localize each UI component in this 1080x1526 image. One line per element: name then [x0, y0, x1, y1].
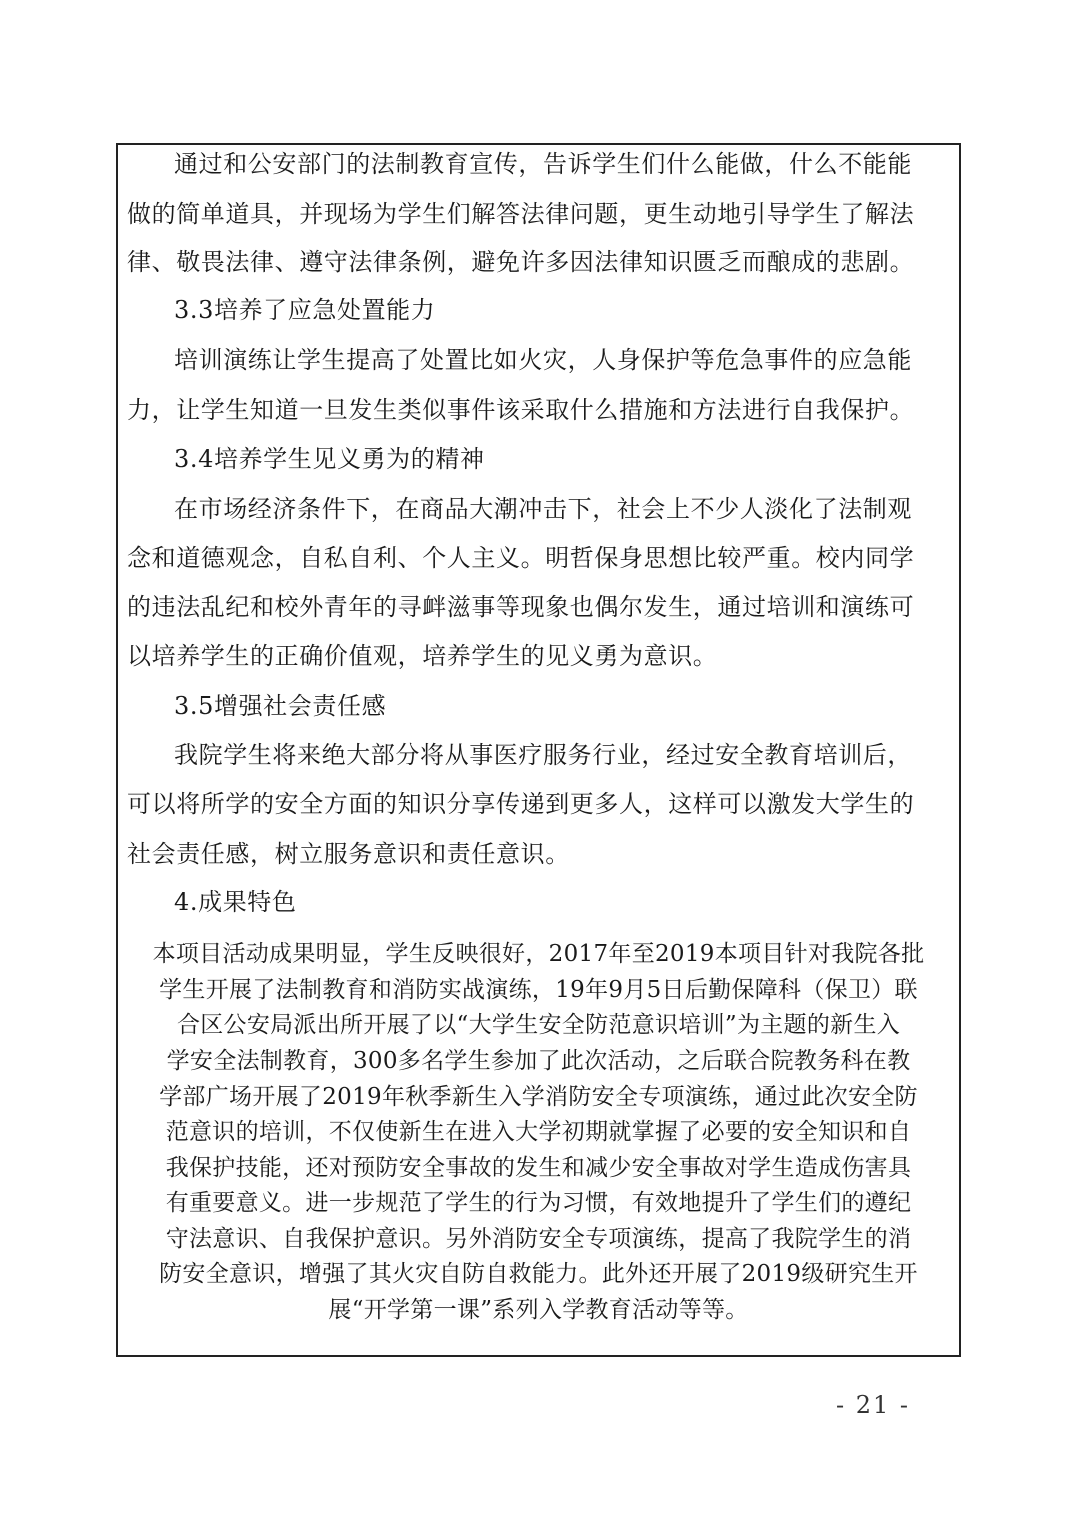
paragraph-line: 做的简单道具，并现场为学生们解答法律问题，更生动地引导学生了解法: [127, 199, 914, 229]
paragraph-line: 本项目活动成果明显，学生反映很好，2017年至2019本项目针对我院各批: [118, 939, 959, 969]
paragraph-line: 的违法乱纪和校外青年的寻衅滋事等现象也偶尔发生，通过培训和演练可: [127, 592, 914, 622]
section-heading-3-3: 3.3培养了应急处置能力: [174, 295, 435, 325]
paragraph-line: 社会责任感，树立服务意识和责任意识。: [127, 839, 570, 869]
paragraph-line: 我院学生将来绝大部分将从事医疗服务行业，经过安全教育培训后，: [174, 740, 912, 770]
paragraph-line: 合区公安局派出所开展了以“大学生安全防范意识培训”为主题的新生入: [118, 1010, 959, 1040]
content-table-cell: 通过和公安部门的法制教育宣传，告诉学生们什么能做，什么不能能 做的简单道具，并现…: [116, 143, 961, 1357]
paragraph-line: 守法意识、自我保护意识。另外消防安全专项演练，提高了我院学生的消: [118, 1224, 959, 1254]
paragraph-line: 律、敬畏法律、遵守法律条例，避免许多因法律知识匮乏而酿成的悲剧。: [127, 247, 914, 277]
section-heading-3-5: 3.5增强社会责任感: [174, 691, 386, 721]
paragraph-line: 培训演练让学生提高了处置比如火灾，人身保护等危急事件的应急能: [174, 345, 912, 375]
paragraph-line: 防安全意识，增强了其火灾自防自救能力。此外还开展了2019级研究生开: [118, 1259, 959, 1289]
paragraph-line: 学部广场开展了2019年秋季新生入学消防安全专项演练，通过此次安全防: [118, 1082, 959, 1112]
paragraph-line-last: 展“开学第一课”系列入学教育活动等等。: [118, 1295, 959, 1325]
paragraph-line: 念和道德观念，自私自利、个人主义。明哲保身思想比较严重。校内同学: [127, 543, 914, 573]
paragraph-line: 通过和公安部门的法制教育宣传，告诉学生们什么能做，什么不能能: [174, 149, 912, 179]
paragraph-line: 可以将所学的安全方面的知识分享传递到更多人，这样可以激发大学生的: [127, 789, 914, 819]
page-number: - 21 -: [836, 1391, 910, 1419]
paragraph-line: 在市场经济条件下，在商品大潮冲击下，社会上不少人淡化了法制观: [174, 494, 912, 524]
paragraph-line: 范意识的培训，不仅使新生在进入大学初期就掌握了必要的安全知识和自: [118, 1117, 959, 1147]
paragraph-line: 学安全法制教育，300多名学生参加了此次活动，之后联合院教务科在教: [118, 1046, 959, 1076]
paragraph-line: 以培养学生的正确价值观，培养学生的见义勇为意识。: [127, 641, 717, 671]
paragraph-line: 力，让学生知道一旦发生类似事件该采取什么措施和方法进行自我保护。: [127, 395, 914, 425]
paragraph-line: 学生开展了法制教育和消防实战演练，19年9月5日后勤保障科（保卫）联: [118, 975, 959, 1005]
section-heading-4: 4.成果特色: [174, 887, 297, 917]
paragraph-line: 有重要意义。进一步规范了学生的行为习惯，有效地提升了学生们的遵纪: [118, 1188, 959, 1218]
section-heading-3-4: 3.4培养学生见义勇为的精神: [174, 444, 485, 474]
paragraph-line: 我保护技能，还对预防安全事故的发生和减少安全事故对学生造成伤害具: [118, 1153, 959, 1183]
